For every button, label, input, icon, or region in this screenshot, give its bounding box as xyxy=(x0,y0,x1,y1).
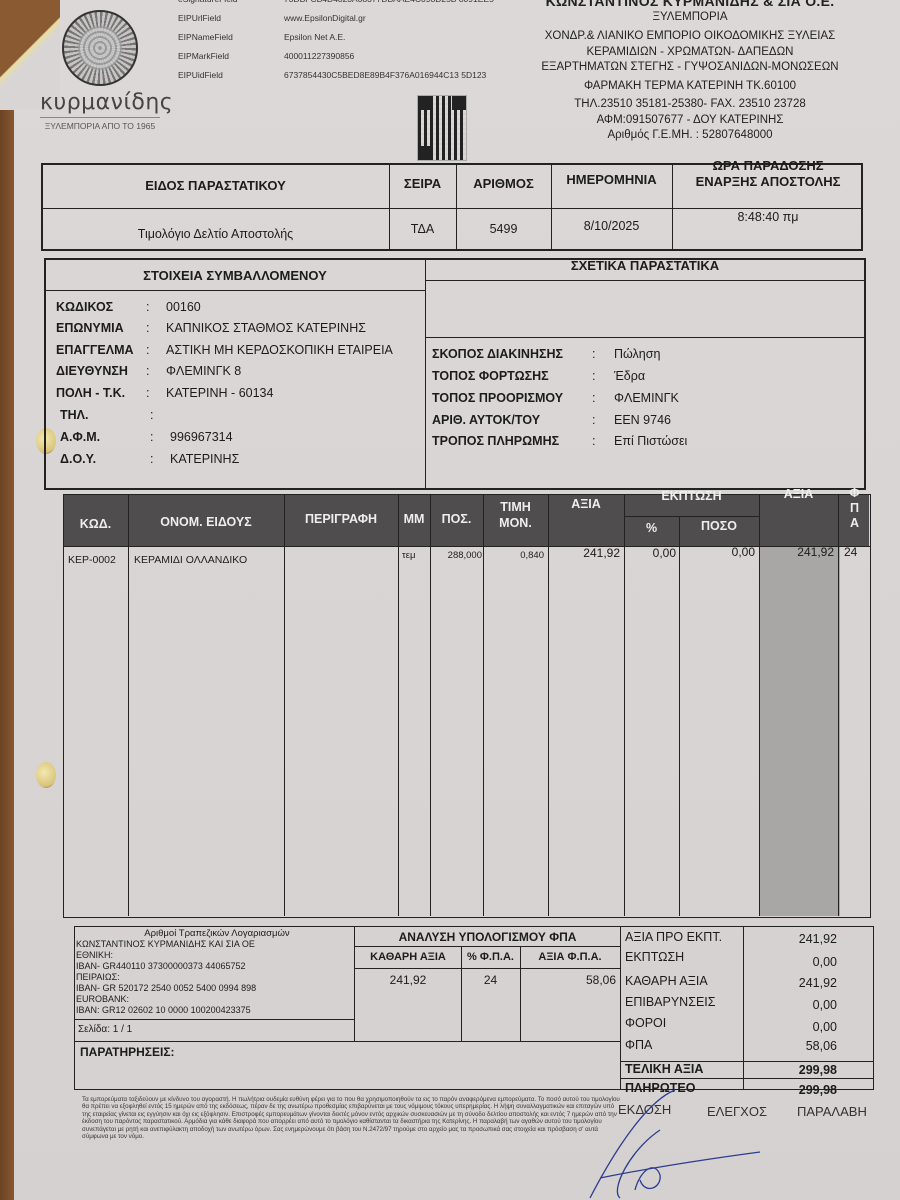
total-label: ΕΚΠΤΩΣΗ xyxy=(625,950,684,964)
eip-value: 6737854430C5BED8E89B4F376A016944C13 5D12… xyxy=(284,70,504,80)
total-label: ΚΑΘΑΡΗ ΑΞΙΑ xyxy=(625,974,708,988)
e-invoicing-fields: eSignatureField73DBFCB4D4823A08377DBAAE4… xyxy=(178,0,504,89)
eip-row: EIPUrlFieldwww.EpsilonDigital.gr xyxy=(178,13,504,32)
row-vat: 24 xyxy=(844,545,857,559)
row-unit: τεμ xyxy=(402,550,415,561)
punch-hole xyxy=(36,762,56,788)
qr-code-icon xyxy=(418,96,466,160)
company-line: ΞΥΛΕΜΠΟΡΙΑ xyxy=(500,10,880,26)
eip-key: EIPMarkField xyxy=(178,51,284,61)
company-address: ΦΑΡΜΑΚΗ ΤΕΡΜΑ ΚΑΤΕΡΙΝΗ ΤΚ.60100 xyxy=(500,79,880,95)
col-header-price-line2: ΜΟΝ. xyxy=(483,516,548,530)
total-value: 0,00 xyxy=(743,998,837,1012)
bank-accounts: Αριθμοί Τραπεζικών Λογαριασμών ΚΩΝΣΤΑΝΤΙ… xyxy=(76,928,358,1016)
time-value: 8:48:40 πμ xyxy=(672,210,864,224)
party-field-phone: ΤΗΛ.: xyxy=(60,408,170,422)
final-total-label: ΤΕΛΙΚΗ ΑΞΙΑ xyxy=(625,1062,703,1076)
bank-line: EUROBANK: xyxy=(76,994,358,1005)
row-code: ΚΕΡ-0002 xyxy=(68,554,116,566)
row-value: 241,92 xyxy=(548,546,620,560)
party-field-tax-office: Δ.Ο.Υ.:ΚΑΤΕΡΙΝΗΣ xyxy=(60,452,239,466)
eip-value: Epsilon Net A.E. xyxy=(284,32,504,42)
eip-key: EIPNameField xyxy=(178,32,284,42)
eip-row: EIPMarkField400011227390856 xyxy=(178,51,504,70)
row-qty: 288,000 xyxy=(430,550,482,561)
doc-type-header: ΕΙΔΟΣ ΠΑΡΑΣΤΑΤΙΚΟΥ xyxy=(42,178,389,193)
col-header-name: ΟΝΟΜ. ΕΙΔΟΥΣ xyxy=(128,515,284,529)
related-field-purpose: ΣΚΟΠΟΣ ΔΙΑΚΙΝΗΣΗΣ:Πώληση xyxy=(432,347,660,361)
party-title: ΣΤΟΙΧΕΙΑ ΣΥΜΒΑΛΛΟΜΕΝΟΥ xyxy=(45,268,425,283)
total-label: ΦΟΡΟΙ xyxy=(625,1016,666,1030)
bank-line: ΕΘΝΙΚΗ: xyxy=(76,950,358,961)
party-field-profession: ΕΠΑΓΓΕΛΜΑ:ΑΣΤΙΚΗ ΜΗ ΚΕΡΔΟΣΚΟΠΙΚΗ ΕΤΑΙΡΕΙ… xyxy=(56,343,393,357)
bank-line: ΚΩΝΣΤΑΝΤΙΝΟΣ ΚΥΡΜΑΝΙΔΗΣ ΚΑΙ ΣΙΑ ΟΕ xyxy=(76,939,358,950)
vat-amount-value: 58,06 xyxy=(520,973,616,987)
related-field-loading: ΤΟΠΟΣ ΦΟΡΤΩΣΗΣ:Έδρα xyxy=(432,369,645,383)
number-header: ΑΡΙΘΜΟΣ xyxy=(456,176,551,191)
eip-row: EIPNameFieldEpsilon Net A.E. xyxy=(178,32,504,51)
party-field-address: ΔΙΕΥΘΥΝΣΗ:ΦΛΕΜΙΝΓΚ 8 xyxy=(56,364,241,378)
vat-net-value: 241,92 xyxy=(355,973,461,987)
total-value: 241,92 xyxy=(743,976,837,990)
related-field-payment: ΤΡΟΠΟΣ ΠΛΗΡΩΜΗΣ:Επί Πιστώσει xyxy=(432,434,687,448)
related-field-destination: ΤΟΠΟΣ ΠΡΟΟΡΙΣΜΟΥ:ΦΛΕΜΙΝΓΚ xyxy=(432,391,679,405)
company-name: ΚΩΝΣΤΑΝΤΙΝΟΣ ΚΥΡΜΑΝΙΔΗΣ & ΣΙΑ Ο.Ε. xyxy=(500,0,880,10)
bank-line: IBAN: GR12 02602 10 0000 100200423375 xyxy=(76,1005,358,1016)
eip-value: 400011227390856 xyxy=(284,51,504,61)
col-header-value: ΑΞΙΑ xyxy=(548,497,624,511)
doc-type-value: Τιμολόγιο Δελτίο Αποστολής xyxy=(42,227,389,241)
eip-row: eSignatureField73DBFCB4D4823A08377DBAAE4… xyxy=(178,0,504,13)
total-value: 241,92 xyxy=(743,932,837,946)
eip-key: eSignatureField xyxy=(178,0,284,4)
final-total-value: 299,98 xyxy=(743,1063,837,1077)
bank-line: ΠΕΙΡΑΙΩΣ: xyxy=(76,972,358,983)
row-price: 0,840 xyxy=(483,550,544,561)
total-label: ΦΠΑ xyxy=(625,1038,652,1052)
date-header: ΗΜΕΡΟΜΗΝΙΑ xyxy=(551,172,672,187)
bank-title: Αριθμοί Τραπεζικών Λογαριασμών xyxy=(76,928,358,939)
party-field-code: ΚΩΔΙΚΟΣ:00160 xyxy=(56,300,201,314)
vat-col-pct: % Φ.Π.Α. xyxy=(461,951,520,963)
row-name: ΚΕΡΑΜΙΔΙ ΟΛΛΑΝΔΙΚΟ xyxy=(134,554,247,566)
vat-col-net: ΚΑΘΑΡΗ ΑΞΙΑ xyxy=(355,951,461,963)
series-header: ΣΕΙΡΑ xyxy=(389,176,456,191)
total-value: 0,00 xyxy=(743,1020,837,1034)
time-header-line1: ΩΡΑ ΠΑΡΑΔΟΣΗΣ xyxy=(672,158,864,173)
page-number: Σελίδα: 1 / 1 xyxy=(78,1024,132,1035)
terms-text: Τα εμπορεύματα ταξιδεύουν με κίνδυνο του… xyxy=(82,1096,622,1140)
related-field-vehicle: ΑΡΙΘ. ΑΥΤΟΚ/ΤΟΥ:ΕΕΝ 9746 xyxy=(432,413,671,427)
tree-ring-logo-icon xyxy=(62,10,138,86)
company-logo: κυρμανίδης ΞΥΛΕΜΠΟΡΙΑ ΑΠΟ ΤΟ 1965 xyxy=(40,10,160,131)
company-line: ΚΕΡΑΜΙΔΙΩΝ - ΧΡΩΜΑΤΩΝ- ΔΑΠΕΔΩΝ xyxy=(500,45,880,61)
company-info: ΚΩΝΣΤΑΝΤΙΝΟΣ ΚΥΡΜΑΝΙΔΗΣ & ΣΙΑ Ο.Ε. ΞΥΛΕΜ… xyxy=(500,0,880,144)
eip-row: EIPUidField6737854430C5BED8E89B4F376A016… xyxy=(178,70,504,89)
vat-analysis-title: ΑΝΑΛΥΣΗ ΥΠΟΛΟΓΙΣΜΟΥ ΦΠΑ xyxy=(355,930,620,944)
col-header-discount-amt: ΠΟΣΟ xyxy=(679,519,759,533)
logo-tagline: ΞΥΛΕΜΠΟΡΙΑ ΑΠΟ ΤΟ 1965 xyxy=(40,117,160,131)
party-field-tax-id: Α.Φ.Μ.:996967314 xyxy=(60,430,233,444)
total-label: ΑΞΙΑ ΠΡΟ ΕΚΠΤ. xyxy=(625,930,722,944)
eip-value: www.EpsilonDigital.gr xyxy=(284,13,504,23)
time-header-line2: ΕΝΑΡΞΗΣ ΑΠΟΣΤΟΛΗΣ xyxy=(672,174,864,189)
eip-value: 73DBFCB4D4823A08377DBAAE4C098D25B 8091EE… xyxy=(284,0,504,4)
eip-key: EIPUrlField xyxy=(178,13,284,23)
company-line: ΧΟΝΔΡ.& ΛΙΑΝΙΚΟ ΕΜΠΟΡΙΟ ΟΙΚΟΔΟΜΙΚΗΣ ΞΥΛΕ… xyxy=(500,29,880,45)
series-value: ΤΔΑ xyxy=(389,222,456,236)
row-net-value: 241,92 xyxy=(759,545,834,559)
company-vat: ΑΦΜ:091507677 - ΔΟΥ ΚΑΤΕΡΙΝΗΣ xyxy=(500,113,880,129)
number-value: 5499 xyxy=(456,222,551,236)
total-value: 0,00 xyxy=(743,955,837,969)
col-header-net-value: ΑΞΙΑ xyxy=(759,487,838,501)
date-value: 8/10/2025 xyxy=(551,219,672,233)
bank-line: IBAN- GR440110 37300000373 44065752 xyxy=(76,961,358,972)
col-header-code: ΚΩΔ. xyxy=(63,517,128,531)
bank-line: IBAN- GR 520172 2540 0052 5400 0994 898 xyxy=(76,983,358,994)
net-value-column-shade xyxy=(760,546,840,916)
related-docs-title: ΣΧΕΤΙΚΑ ΠΑΡΑΣΤΑΤΙΚΑ xyxy=(425,258,865,273)
logo-name: κυρμανίδης xyxy=(40,90,160,115)
col-header-vat: Φ Π Α xyxy=(838,486,871,531)
col-header-discount: ΕΚΠΤΩΣΗ xyxy=(624,489,759,503)
remarks-label: ΠΑΡΑΤΗΡΗΣΕΙΣ: xyxy=(80,1045,175,1059)
total-label: ΕΠΙΒΑΡΥΝΣΕΙΣ xyxy=(625,995,715,1009)
vat-pct-value: 24 xyxy=(461,973,520,987)
company-phone: ΤΗΛ.23510 35181-25380- FAX. 23510 23728 xyxy=(500,97,880,113)
col-header-unit: ΜΜ xyxy=(398,512,430,526)
vat-col-amount: ΑΞΙΑ Φ.Π.Α. xyxy=(520,951,620,963)
row-discount-pct: 0,00 xyxy=(624,546,676,560)
handwritten-signature-icon xyxy=(560,1080,820,1200)
company-line: ΕΞΑΡΤΗΜΑΤΩΝ ΣΤΕΓΗΣ - ΓΥΨΟΣΑΝΙΔΩΝ-ΜΟΝΩΣΕΩ… xyxy=(500,60,880,76)
party-field-city: ΠΟΛΗ - Τ.Κ.:ΚΑΤΕΡΙΝΗ - 60134 xyxy=(56,386,273,400)
col-header-price-line1: ΤΙΜΗ xyxy=(483,500,548,514)
row-discount-amt: 0,00 xyxy=(679,545,755,559)
total-value: 58,06 xyxy=(743,1039,837,1053)
eip-key: EIPUidField xyxy=(178,70,284,80)
company-gemi: Αριθμός Γ.Ε.ΜΗ. : 52807648000 xyxy=(500,128,880,144)
col-header-qty: ΠΟΣ. xyxy=(430,512,483,526)
col-header-description: ΠΕΡΙΓΡΑΦΗ xyxy=(284,512,398,526)
party-field-name: ΕΠΩΝΥΜΙΑ:ΚΑΠΝΙΚΟΣ ΣΤΑΘΜΟΣ ΚΑΤΕΡΙΝΗΣ xyxy=(56,321,366,335)
col-header-discount-pct: % xyxy=(624,521,679,535)
